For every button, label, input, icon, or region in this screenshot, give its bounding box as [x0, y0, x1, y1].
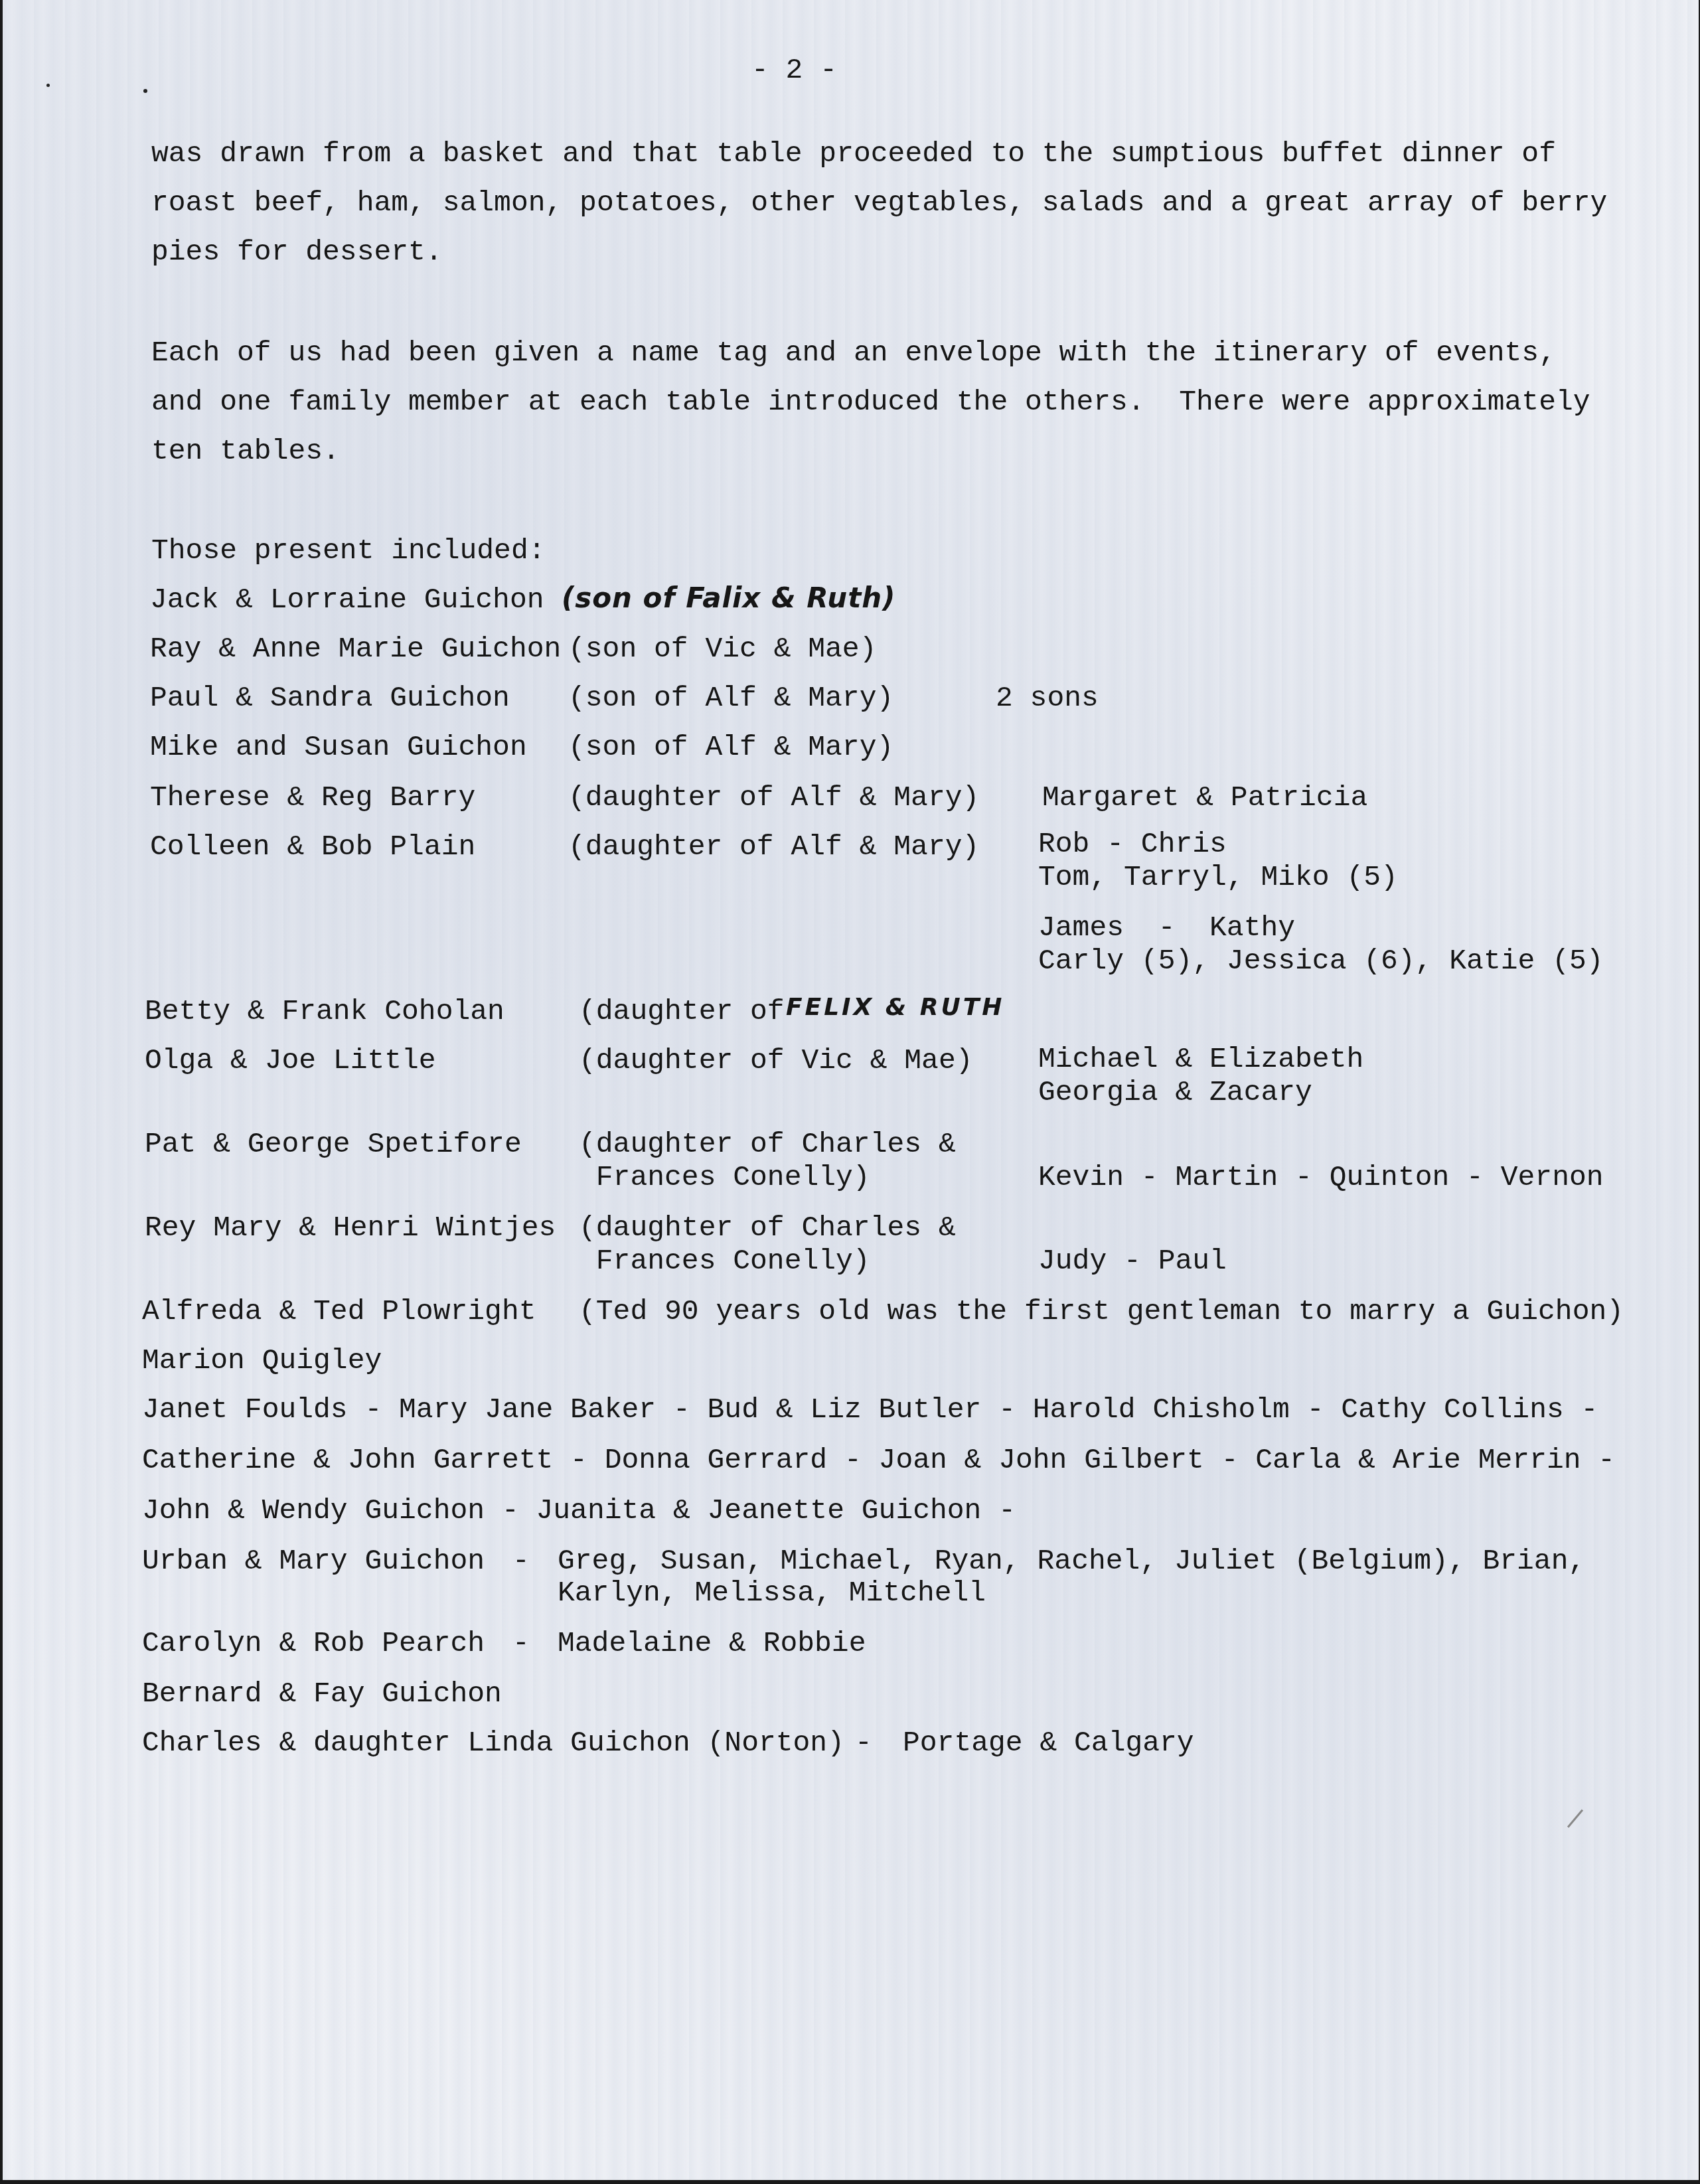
attendee-children: Kevin - Martin - Quinton - Vernon: [1038, 1163, 1604, 1192]
attendee-relation: (Ted 90 years old was the first gentlema…: [579, 1297, 1624, 1326]
family-children: Karlyn, Melissa, Mitchell: [558, 1579, 986, 1607]
family-children: Greg, Susan, Michael, Ryan, Rachel, Juli…: [558, 1547, 1585, 1575]
attendee-name: Mike and Susan Guichon: [150, 733, 527, 761]
attendee-relation: (son of Alf & Mary): [568, 733, 893, 761]
paragraph-2-line-1: Each of us had been given a name tag and…: [151, 339, 1556, 367]
attendee-name: Pat & George Spetifore: [145, 1130, 522, 1158]
family-name: Bernard & Fay Guichon: [142, 1679, 502, 1708]
attendee-name: Betty & Frank Coholan: [145, 997, 504, 1026]
attendee-children: 2 sons: [996, 684, 1099, 712]
paragraph-1-line-1: was drawn from a basket and that table p…: [151, 139, 1556, 168]
family-children: Madelaine & Robbie: [558, 1629, 866, 1658]
attendee-name: Ray & Anne Marie Guichon: [150, 635, 561, 663]
attendee-relation-handwritten: FELIX & RUTH: [786, 996, 1004, 1020]
list-heading: Those present included:: [151, 536, 546, 565]
attendee-children: Margaret & Patricia: [1042, 783, 1367, 812]
attendee-children: James - Kathy: [1038, 913, 1295, 942]
family-name: Charles & daughter Linda Guichon (Norton…: [142, 1729, 844, 1757]
paragraph-1-line-2: roast beef, ham, salmon, potatoes, other…: [151, 189, 1607, 217]
attendee-name: Alfreda & Ted Plowright: [142, 1297, 536, 1326]
others-line: Janet Foulds - Mary Jane Baker - Bud & L…: [142, 1395, 1598, 1424]
page-number: - 2 -: [751, 56, 837, 84]
attendee-name: Rey Mary & Henri Wintjes: [145, 1213, 556, 1242]
attendee-children: Michael & Elizabeth: [1038, 1045, 1363, 1073]
scan-speck: [143, 89, 147, 93]
attendee-relation: (daughter of Charles &: [579, 1130, 956, 1158]
attendee-relation: (son of Alf & Mary): [568, 684, 893, 712]
attendee-name: Jack & Lorraine Guichon: [150, 585, 544, 614]
paragraph-2-line-2: and one family member at each table intr…: [151, 388, 1590, 416]
family-separator: -: [512, 1547, 530, 1575]
attendee-relation: (daughter of Alf & Mary): [568, 832, 979, 861]
attendee-children: Georgia & Zacary: [1038, 1078, 1312, 1107]
attendee-children: Carly (5), Jessica (6), Katie (5): [1038, 947, 1604, 975]
attendee-relation: Frances Conelly): [579, 1247, 870, 1275]
attendee-children: Judy - Paul: [1038, 1247, 1227, 1275]
family-name: Carolyn & Rob Pearch: [142, 1629, 485, 1658]
attendee-relation: (daughter of Alf & Mary): [568, 783, 979, 812]
attendee-relation: (daughter of: [579, 997, 785, 1026]
attendee-name: Marion Quigley: [142, 1346, 382, 1375]
attendee-children: Rob - Chris: [1038, 830, 1227, 858]
family-separator: -: [512, 1629, 530, 1658]
family-children: Portage & Calgary: [903, 1729, 1194, 1757]
attendee-name: Paul & Sandra Guichon: [150, 684, 510, 712]
pencil-mark: [1567, 1810, 1583, 1828]
attendee-name: Colleen & Bob Plain: [150, 832, 475, 861]
attendee-relation: (son of Vic & Mae): [568, 635, 876, 663]
attendee-relation: Frances Conelly): [579, 1163, 870, 1192]
paragraph-1-line-3: pies for dessert.: [151, 238, 443, 266]
others-line: John & Wendy Guichon - Juanita & Jeanett…: [142, 1496, 1016, 1525]
document-page: - 2 - was drawn from a basket and that t…: [3, 0, 1699, 2180]
attendee-relation-handwritten: (son of Falix & Ruth): [562, 584, 895, 612]
attendee-children: Tom, Tarryl, Miko (5): [1038, 863, 1398, 892]
family-separator: -: [855, 1729, 872, 1757]
others-line: Catherine & John Garrett - Donna Gerrard…: [142, 1446, 1615, 1474]
family-name: Urban & Mary Guichon: [142, 1547, 485, 1575]
paragraph-2-line-3: ten tables.: [151, 437, 340, 465]
attendee-name: Therese & Reg Barry: [150, 783, 475, 812]
scan-speck: [46, 84, 50, 87]
attendee-name: Olga & Joe Little: [145, 1046, 436, 1075]
attendee-relation: (daughter of Vic & Mae): [579, 1046, 973, 1075]
attendee-relation: (daughter of Charles &: [579, 1213, 956, 1242]
